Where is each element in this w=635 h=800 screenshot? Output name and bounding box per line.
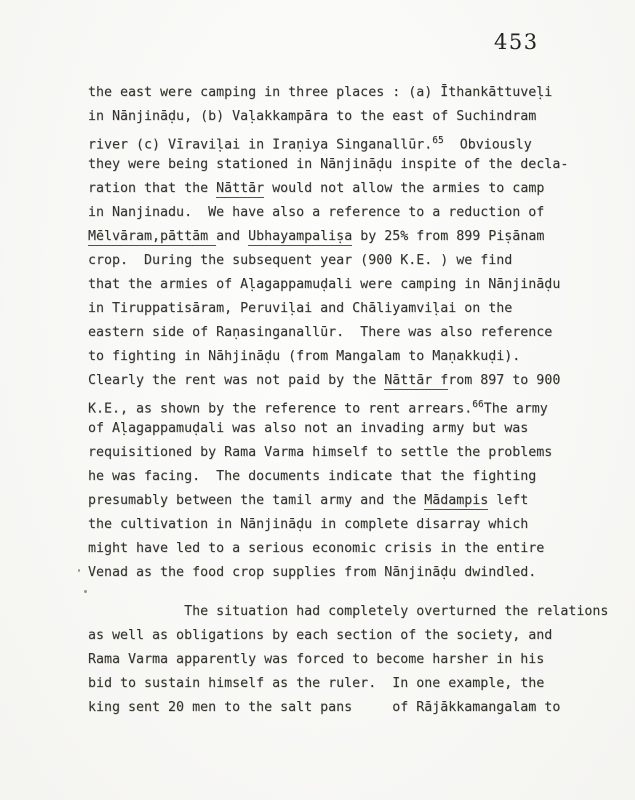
text-line: river (c) Vīraviḷai in Iraṇiya Singanall… bbox=[88, 129, 608, 153]
text-line: they were being stationed in Nānjināḍu i… bbox=[88, 153, 608, 177]
text-line: might have led to a serious economic cri… bbox=[88, 537, 608, 561]
text-line: bid to sustain himself as the ruler. In … bbox=[88, 672, 608, 696]
text-line: in Nanjinadu. We have also a reference t… bbox=[88, 201, 608, 225]
underlined-term: Ubhayampaliṣa bbox=[248, 229, 352, 246]
text-line: the cultivation in Nānjināḍu in complete… bbox=[88, 513, 608, 537]
text-run: and bbox=[216, 229, 248, 244]
footnote-ref: 65 bbox=[432, 135, 443, 146]
text-line: to fighting in Nāhjināḍu (from Mangalam … bbox=[88, 345, 608, 369]
text-run: he was facing. The documents indicate th… bbox=[88, 469, 536, 484]
text-run: eastern side of Raṇasinganallūr. There w… bbox=[88, 325, 552, 340]
text-line: crop. During the subsequent year (900 K.… bbox=[88, 249, 608, 273]
scan-speck bbox=[78, 569, 80, 572]
paragraph-1: the east were camping in three places : … bbox=[88, 81, 608, 585]
underlined-term: Nāttār bbox=[216, 181, 264, 198]
text-line: that the armies of Aḷagappamuḍali were c… bbox=[88, 273, 608, 297]
text-line: Venad as the food crop supplies from Nān… bbox=[88, 561, 608, 585]
text-run: the cultivation in Nānjināḍu in complete… bbox=[88, 517, 528, 532]
footnote-ref: 66 bbox=[472, 399, 483, 410]
text-line: the east were camping in three places : … bbox=[88, 81, 608, 105]
text-run: might have led to a serious economic cri… bbox=[88, 541, 544, 556]
text-run: would not allow the armies to camp bbox=[264, 181, 544, 196]
text-line: in Nānjināḍu, (b) Vaḷakkampāra to the ea… bbox=[88, 105, 608, 129]
text-run: left bbox=[488, 493, 528, 508]
text-run: in Tiruppatisāram, Peruviḷai and Chāliya… bbox=[88, 301, 512, 316]
text-run: crop. During the subsequent year (900 K.… bbox=[88, 253, 512, 268]
text-run: rom 897 to 900 bbox=[448, 373, 560, 388]
scanned-page: 453 the east were camping in three place… bbox=[0, 0, 635, 800]
document-text: the east were camping in three places : … bbox=[88, 81, 608, 720]
text-run: presumably between the tamil army and th… bbox=[88, 493, 424, 508]
text-line: Mēlvāram,pāttām and Ubhayampaliṣa by 25%… bbox=[88, 225, 608, 249]
text-line: as well as obligations by each section o… bbox=[88, 624, 608, 648]
paragraph-2: The situation had completely overturned … bbox=[88, 600, 608, 720]
text-line: ration that the Nāttār would not allow t… bbox=[88, 177, 608, 201]
text-run: as well as obligations by each section o… bbox=[88, 628, 552, 643]
text-run: by 25% from 899 Piṣānam bbox=[352, 229, 544, 244]
text-line: of Aḷagappamuḍali was also not an invadi… bbox=[88, 417, 608, 441]
text-run: they were being stationed in Nānjināḍu i… bbox=[88, 157, 568, 172]
text-run: king sent 20 men to the salt pans of Rāj… bbox=[88, 700, 560, 715]
text-run: river (c) Vīraviḷai in Iraṇiya Singanall… bbox=[88, 138, 432, 153]
text-run: in Nanjinadu. We have also a reference t… bbox=[88, 205, 544, 220]
text-run: of Aḷagappamuḍali was also not an invadi… bbox=[88, 421, 528, 436]
text-line: K.E., as shown by the reference to rent … bbox=[88, 393, 608, 417]
text-run: requisitioned by Rama Varma himself to s… bbox=[88, 445, 552, 460]
text-run: in Nānjināḍu, (b) Vaḷakkampāra to the ea… bbox=[88, 109, 536, 124]
underlined-term: Mēlvāram,pāttām bbox=[88, 229, 216, 246]
text-run: The army bbox=[484, 402, 548, 417]
page-number: 453 bbox=[494, 30, 539, 54]
underlined-term: Nāttār f bbox=[384, 373, 448, 390]
text-run: Obviously bbox=[444, 138, 532, 153]
text-line: Rama Varma apparently was forced to beco… bbox=[88, 648, 608, 672]
text-line: he was facing. The documents indicate th… bbox=[88, 465, 608, 489]
text-run: Venad as the food crop supplies from Nān… bbox=[88, 565, 536, 580]
text-run: the east were camping in three places : … bbox=[88, 85, 552, 100]
text-run: ration that the bbox=[88, 181, 216, 196]
text-line: eastern side of Raṇasinganallūr. There w… bbox=[88, 321, 608, 345]
text-line: requisitioned by Rama Varma himself to s… bbox=[88, 441, 608, 465]
text-run: The situation had completely overturned … bbox=[88, 604, 608, 619]
text-line: king sent 20 men to the salt pans of Rāj… bbox=[88, 696, 608, 720]
text-run: that the armies of Aḷagappamuḍali were c… bbox=[88, 277, 560, 292]
text-line: The situation had completely overturned … bbox=[88, 600, 608, 624]
text-run: K.E., as shown by the reference to rent … bbox=[88, 402, 472, 417]
text-run: Rama Varma apparently was forced to beco… bbox=[88, 652, 544, 667]
scan-speck bbox=[84, 590, 87, 593]
text-line: Clearly the rent was not paid by the Nāt… bbox=[88, 369, 608, 393]
text-run: to fighting in Nāhjināḍu (from Mangalam … bbox=[88, 349, 520, 364]
text-run: Clearly the rent was not paid by the bbox=[88, 373, 384, 388]
text-line: in Tiruppatisāram, Peruviḷai and Chāliya… bbox=[88, 297, 608, 321]
underlined-term: Mādampis bbox=[424, 493, 488, 510]
text-line: presumably between the tamil army and th… bbox=[88, 489, 608, 513]
text-run: bid to sustain himself as the ruler. In … bbox=[88, 676, 544, 691]
